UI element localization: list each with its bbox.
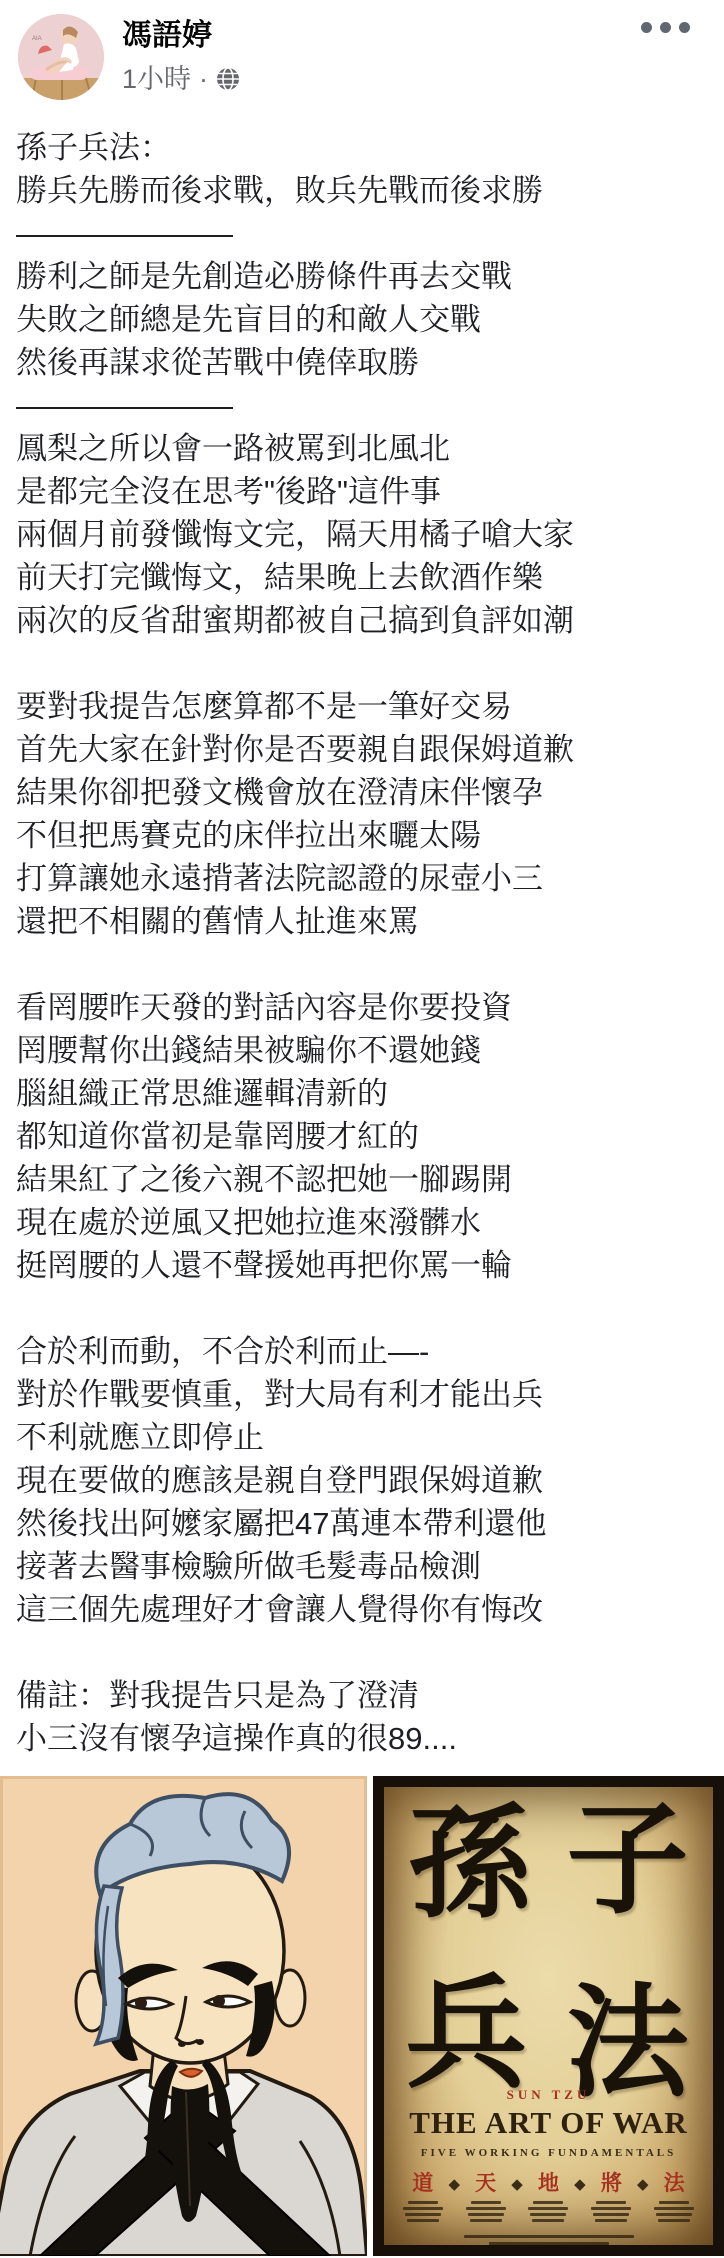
fine-print-bar — [533, 2201, 563, 2204]
post-text-line: 兩次的反省甜蜜期都被自己搞到負評如潮 — [16, 599, 708, 642]
post-text-line: 罔腰幫你出錢結果被騙你不還她錢 — [16, 1029, 708, 1072]
poster-title: THE ART OF WAR — [384, 2105, 713, 2141]
fine-print-bar — [403, 2207, 443, 2210]
fundamental-character: 地 — [538, 2171, 559, 2195]
post-text: 孫子兵法：勝兵先勝而後求戰，敗兵先戰而後求勝———————勝利之師是先創造必勝條… — [0, 112, 724, 1760]
post-text-line: 挺罔腰的人還不聲援她再把你罵一輪 — [16, 1244, 708, 1287]
post-text-line: 失敗之師總是先盲目的和敵人交戰 — [16, 298, 708, 341]
post-text-line: 孫子兵法： — [16, 126, 708, 169]
post-text-line: 要對我提告怎麼算都不是一筆好交易 — [16, 685, 708, 728]
poster-subtitle: FIVE WORKING FUNDAMENTALS — [384, 2147, 713, 2159]
post-text-line: 備註：對我提告只是為了澄清 — [16, 1674, 708, 1717]
post-text-line: 還把不相關的舊情人扯進來罵 — [16, 900, 708, 943]
fine-print-bar — [532, 2219, 564, 2222]
fundamental-character: 將 — [601, 2171, 622, 2195]
post-timestamp[interactable]: 1小時 — [122, 64, 191, 94]
fine-print-bar — [596, 2201, 626, 2204]
post-text-line: 鳳梨之所以會一路被罵到北風北 — [16, 427, 708, 470]
calligraphy-char: 子 — [558, 1801, 696, 1923]
avatar-photo: AIA — [18, 14, 104, 100]
diamond-separator-icon: ◆ — [511, 2173, 523, 2197]
author-name[interactable]: 馮語婷 — [122, 18, 708, 54]
post-text-line: 合於利而動，不合於利而止—- — [16, 1330, 708, 1373]
calligraphy-char: 兵 — [397, 1975, 535, 2097]
post-images: 孫 子 兵 法 SUN TZU THE ART OF WAR FIVE WORK… — [0, 1776, 724, 2256]
post-text-line: 打算讓她永遠揹著法院認證的尿壺小三 — [16, 857, 708, 900]
timestamp-separator: · — [199, 64, 208, 94]
post-text-line: 小三沒有懷孕這操作真的很89.... — [16, 1717, 708, 1760]
fine-print-bar — [489, 2242, 609, 2245]
post-text-line: 現在要做的應該是親自登門跟保姆道歉 — [16, 1459, 708, 1502]
fundamental-item: 法 — [649, 2171, 700, 2222]
fine-print-bar — [659, 2201, 689, 2204]
fine-print-bar — [464, 2235, 634, 2238]
fundamental-item: 天 — [460, 2171, 511, 2222]
post-text-line: 腦組織正常思維邏輯清新的 — [16, 1072, 708, 1115]
post-text-line: 結果你卻把發文機會放在澄清床伴懷孕 — [16, 771, 708, 814]
fine-print-bar — [528, 2207, 568, 2210]
fundamental-item: 道 — [397, 2171, 448, 2222]
fine-print-bar — [405, 2213, 441, 2216]
fine-print-bar — [407, 2219, 439, 2222]
calligraphy-char: 孫 — [400, 1805, 538, 1927]
post-text-line: ——————— — [16, 212, 708, 255]
fine-print-bar — [470, 2219, 502, 2222]
fundamental-character: 天 — [475, 2171, 496, 2195]
post-text-line: ——————— — [16, 384, 708, 427]
post-text-line: 是都完全沒在思考"後路"這件事 — [16, 470, 708, 513]
post-text-line: 都知道你當初是靠罔腰才紅的 — [16, 1115, 708, 1158]
sun-tzu-label: SUN TZU — [384, 2087, 713, 2103]
post-text-blank-line — [16, 642, 708, 685]
post-text-blank-line — [16, 1631, 708, 1674]
art-of-war-poster-image[interactable]: 孫 子 兵 法 SUN TZU THE ART OF WAR FIVE WORK… — [373, 1776, 724, 2256]
fundamental-character: 法 — [664, 2171, 685, 2195]
fundamental-item: 地 — [523, 2171, 574, 2222]
post-text-line: 這三個先處理好才會讓人覺得你有悔改 — [16, 1588, 708, 1631]
fine-print-bar — [530, 2213, 566, 2216]
fundamentals-row: 道◆天◆地◆將◆法 — [397, 2171, 700, 2222]
fundamental-item: 將 — [586, 2171, 637, 2222]
sun-tzu-drawing — [0, 1776, 367, 2256]
poster-fine-print — [384, 2235, 713, 2245]
avatar[interactable]: AIA — [18, 14, 104, 100]
diamond-separator-icon: ◆ — [448, 2173, 460, 2197]
post-text-line: 然後找出阿嬤家屬把47萬連本帶利還他 — [16, 1502, 708, 1545]
facebook-post: AIA 馮語婷 1小時 · — [0, 0, 724, 2256]
fine-print-bar — [591, 2207, 631, 2210]
fundamental-character: 道 — [412, 2171, 433, 2195]
post-header: AIA 馮語婷 1小時 · — [0, 0, 724, 112]
post-text-blank-line — [16, 1287, 708, 1330]
post-text-line: 首先大家在針對你是否要親自跟保姆道歉 — [16, 728, 708, 771]
fine-print-bar — [656, 2213, 692, 2216]
fine-print-bar — [468, 2213, 504, 2216]
post-text-line: 勝兵先勝而後求戰，敗兵先戰而後求勝 — [16, 169, 708, 212]
globe-privacy-icon — [216, 67, 240, 91]
post-text-line: 勝利之師是先創造必勝條件再去交戰 — [16, 255, 708, 298]
post-text-line: 不利就應立即停止 — [16, 1416, 708, 1459]
post-text-line: 接著去醫事檢驗所做毛髮毒品檢測 — [16, 1545, 708, 1588]
diamond-separator-icon: ◆ — [574, 2173, 586, 2197]
post-options-ellipsis-icon[interactable] — [635, 16, 696, 39]
post-text-line: 然後再謀求從苦戰中僥倖取勝 — [16, 341, 708, 384]
post-text-blank-line — [16, 943, 708, 986]
fine-print-bar — [471, 2201, 501, 2204]
fine-print-bar — [654, 2207, 694, 2210]
post-text-line: 現在處於逆風又把她拉進來潑髒水 — [16, 1201, 708, 1244]
post-text-line: 兩個月前發懺悔文完，隔天用橘子嗆大家 — [16, 513, 708, 556]
fine-print-bar — [595, 2219, 627, 2222]
fine-print-bar — [658, 2219, 690, 2222]
post-text-line: 看罔腰昨天發的對話內容是你要投資 — [16, 986, 708, 1029]
diamond-separator-icon: ◆ — [637, 2173, 649, 2197]
post-text-line: 不但把馬賽克的床伴拉出來曬太陽 — [16, 814, 708, 857]
fine-print-bar — [593, 2213, 629, 2216]
post-text-line: 結果紅了之後六親不認把她一腳踢開 — [16, 1158, 708, 1201]
sun-tzu-portrait-image[interactable] — [0, 1776, 367, 2256]
fine-print-bar — [466, 2207, 506, 2210]
post-text-line: 前天打完懺悔文，結果晚上去飲酒作樂 — [16, 556, 708, 599]
fine-print-bar — [408, 2201, 438, 2204]
svg-text:AIA: AIA — [32, 36, 42, 42]
post-text-line: 對於作戰要慎重，對大局有利才能出兵 — [16, 1373, 708, 1416]
